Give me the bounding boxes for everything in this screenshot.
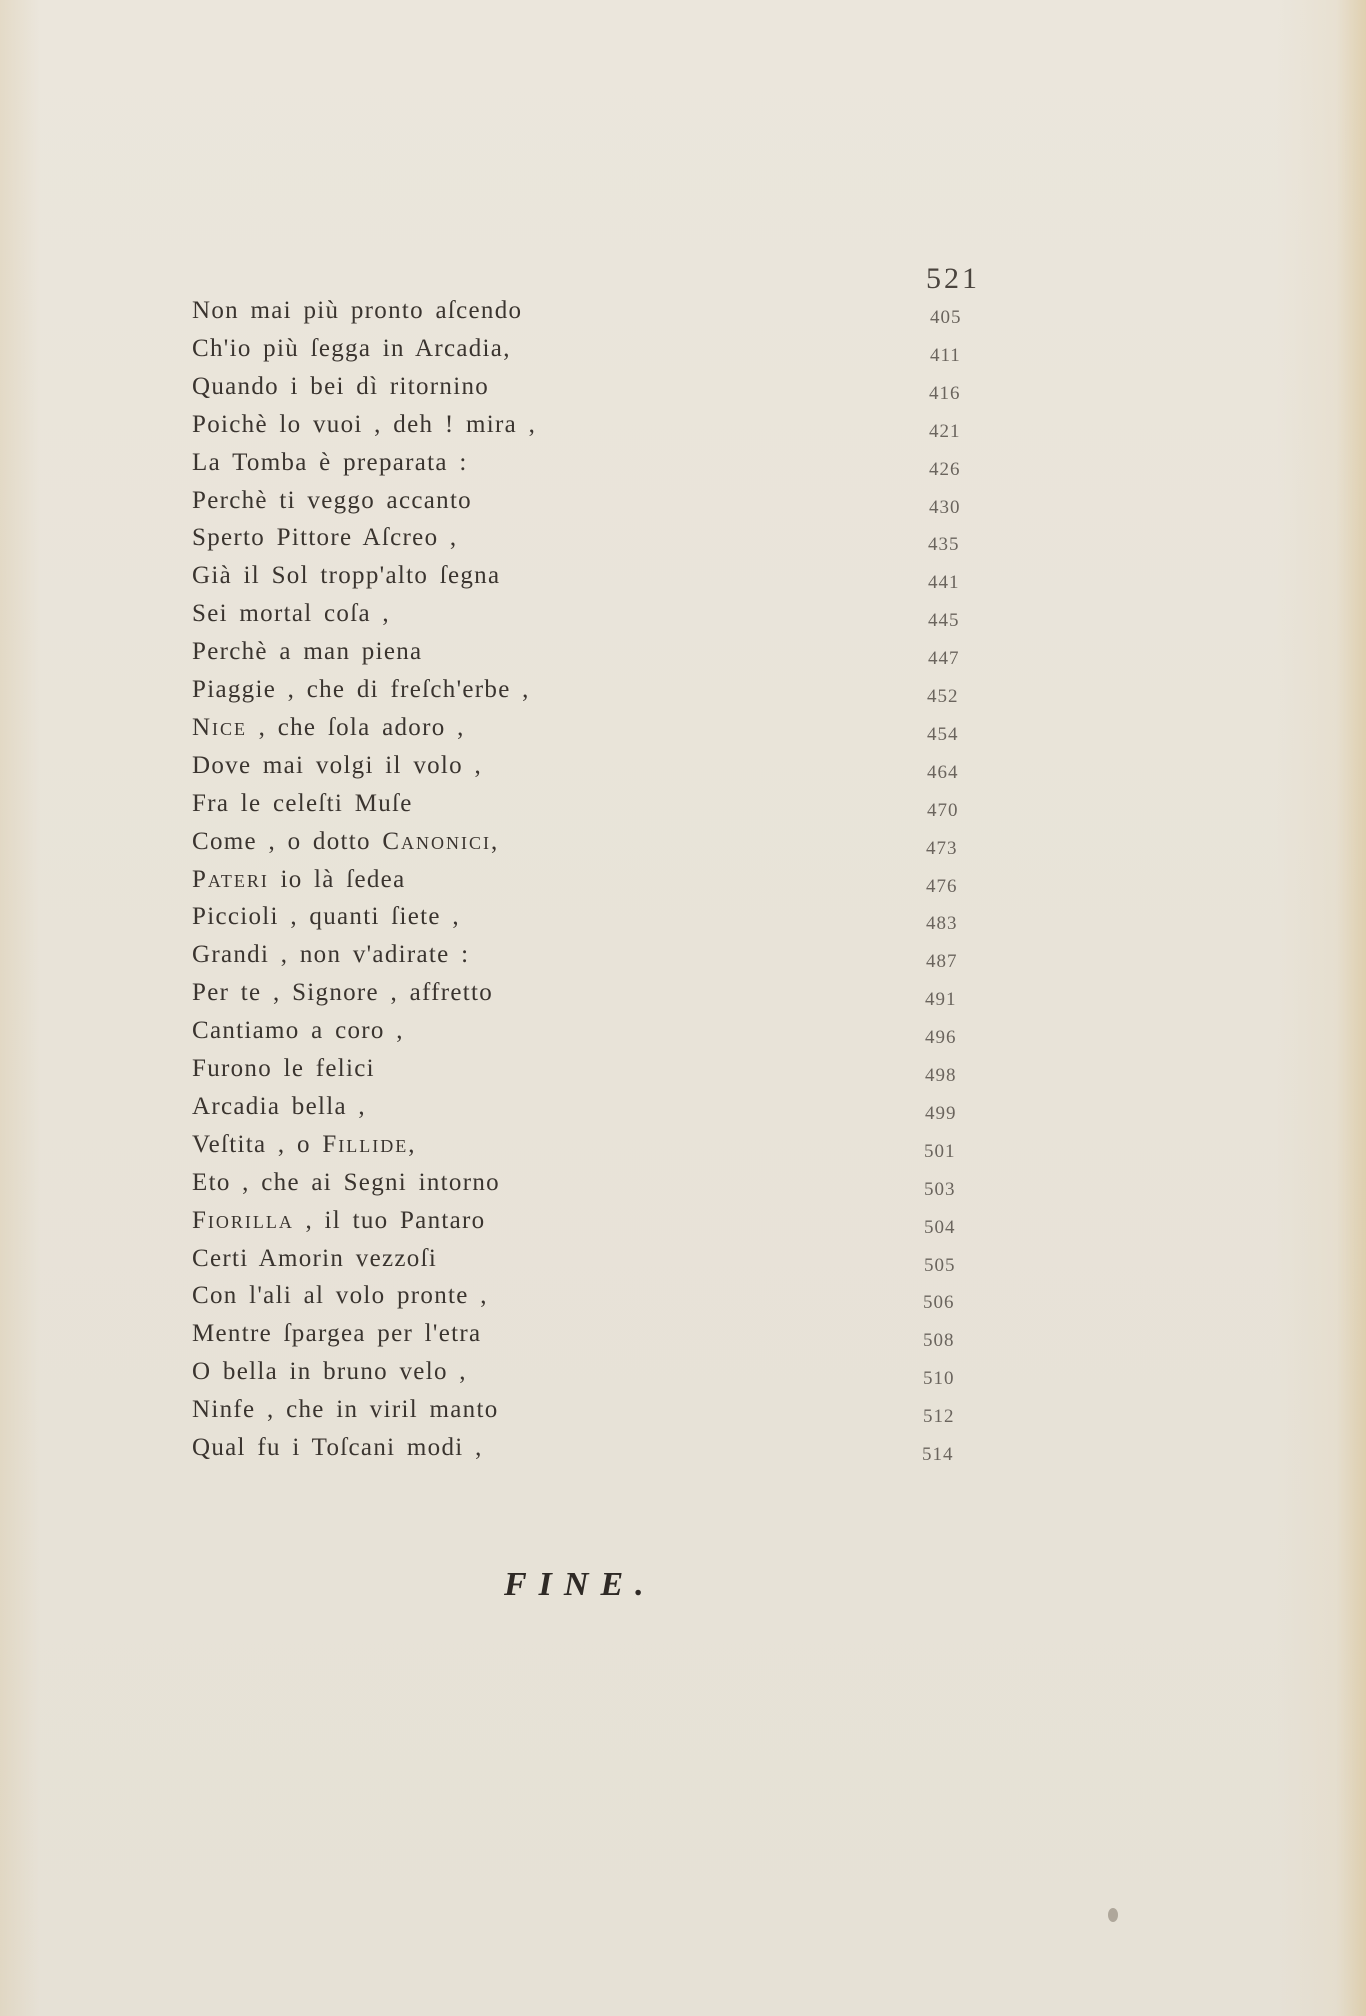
- toc-entry-title: Dove mai volgi il volo ,: [192, 752, 482, 780]
- toc-entry-title: Fra le celeſti Muſe: [192, 790, 413, 818]
- toc-entry-page: 470: [927, 800, 987, 822]
- closing-word: FINE.: [504, 1566, 656, 1604]
- toc-entry-page: 483: [926, 913, 986, 935]
- toc-entry-page: 452: [927, 686, 987, 708]
- toc-entry-title: Per te , Signore , affretto: [192, 979, 493, 1007]
- book-page: 521 Non mai più pronto aſcendo405Ch'io p…: [0, 0, 1366, 2016]
- toc-entry: Quando i bei dì ritornino416: [0, 373, 1366, 411]
- toc-entry-title: Cantiamo a coro ,: [192, 1017, 404, 1045]
- toc-entry: Certi Amorin vezzoſi505: [0, 1245, 1366, 1283]
- toc-entry: O bella in bruno velo ,510: [0, 1358, 1366, 1396]
- toc-entry: Piaggie , che di freſch'erbe ,452: [0, 676, 1366, 714]
- toc-entry-page: 464: [927, 762, 987, 784]
- toc-entry: Arcadia bella ,499: [0, 1093, 1366, 1131]
- toc-entry: Qual fu i Toſcani modi ,514: [0, 1434, 1366, 1472]
- toc-entry: Nice , che ſola adoro ,454: [0, 714, 1366, 752]
- toc-entry-page: 441: [928, 572, 988, 594]
- toc-entry-title: Grandi , non v'adirate :: [192, 941, 469, 969]
- toc-entry: Ninfe , che in viril manto512: [0, 1396, 1366, 1434]
- toc-entry-title: Veſtita , o Fillide,: [192, 1131, 416, 1159]
- toc-entry-page: 503: [924, 1179, 984, 1201]
- toc-entry-page: 512: [923, 1406, 983, 1428]
- toc-entry-page: 496: [925, 1027, 985, 1049]
- toc-entry-page: 506: [923, 1292, 983, 1314]
- toc-entry-page: 454: [927, 724, 987, 746]
- toc-entry: Con l'ali al volo pronte ,506: [0, 1282, 1366, 1320]
- toc-entry: Sei mortal coſa ,445: [0, 600, 1366, 638]
- toc-entry: Ch'io più ſegga in Arcadia,411: [0, 335, 1366, 373]
- toc-entry: Fra le celeſti Muſe470: [0, 790, 1366, 828]
- toc-entry-page: 447: [928, 648, 988, 670]
- toc-entry: Pateri io là ſedea476: [0, 866, 1366, 904]
- toc-entry: Piccioli , quanti ſiete ,483: [0, 903, 1366, 941]
- toc-entry-page: 430: [929, 497, 989, 519]
- toc-entry-page: 416: [929, 383, 989, 405]
- toc-entry-page: 476: [926, 876, 986, 898]
- toc-entry-page: 510: [923, 1368, 983, 1390]
- toc-entry: Per te , Signore , affretto491: [0, 979, 1366, 1017]
- paper-stain: [1108, 1908, 1118, 1922]
- page-number: 521: [926, 262, 980, 296]
- toc-entry-title: Qual fu i Toſcani modi ,: [192, 1434, 483, 1462]
- toc-entry: Eto , che ai Segni intorno503: [0, 1169, 1366, 1207]
- toc-entry: Sperto Pittore Aſcreo ,435: [0, 524, 1366, 562]
- toc-entry-title: Fiorilla , il tuo Pantaro: [192, 1207, 485, 1235]
- toc-entry-title: Quando i bei dì ritornino: [192, 373, 489, 401]
- toc-entry-title: Ch'io più ſegga in Arcadia,: [192, 335, 511, 363]
- toc-entry: Mentre ſpargea per l'etra508: [0, 1320, 1366, 1358]
- toc-entry-title: Perchè ti veggo accanto: [192, 487, 472, 515]
- toc-entry-title: Sperto Pittore Aſcreo ,: [192, 524, 457, 552]
- toc-entry-title: Pateri io là ſedea: [192, 866, 405, 894]
- toc-entry: Non mai più pronto aſcendo405: [0, 297, 1366, 335]
- toc-entry-page: 421: [929, 421, 989, 443]
- toc-entry-title: Già il Sol tropp'alto ſegna: [192, 562, 500, 590]
- toc-entry-page: 487: [926, 951, 986, 973]
- toc-entry-title: Ninfe , che in viril manto: [192, 1396, 499, 1424]
- toc-entry: Poichè lo vuoi , deh ! mira ,421: [0, 411, 1366, 449]
- toc-entry-page: 501: [924, 1141, 984, 1163]
- toc-entry-title: Furono le felici: [192, 1055, 375, 1083]
- toc-entry: Cantiamo a coro ,496: [0, 1017, 1366, 1055]
- toc-entry: Perchè a man piena447: [0, 638, 1366, 676]
- toc-entry-title: Nice , che ſola adoro ,: [192, 714, 465, 742]
- toc-entry-title: La Tomba è preparata :: [192, 449, 468, 477]
- toc-entry-page: 426: [929, 459, 989, 481]
- toc-entry: Grandi , non v'adirate :487: [0, 941, 1366, 979]
- toc-entry-page: 411: [930, 345, 990, 367]
- toc-entry-title: Certi Amorin vezzoſi: [192, 1245, 437, 1273]
- toc-entry-title: Con l'ali al volo pronte ,: [192, 1282, 488, 1310]
- toc-entry-page: 445: [928, 610, 988, 632]
- toc-entry-title: Mentre ſpargea per l'etra: [192, 1320, 481, 1348]
- toc-entry-page: 405: [930, 307, 990, 329]
- toc-entry-title: Piccioli , quanti ſiete ,: [192, 903, 460, 931]
- toc-entry: Come , o dotto Canonici,473: [0, 828, 1366, 866]
- toc-entry-title: Poichè lo vuoi , deh ! mira ,: [192, 411, 536, 439]
- toc-entry-page: 505: [924, 1255, 984, 1277]
- toc-entry-page: 499: [925, 1103, 985, 1125]
- toc-entry: Veſtita , o Fillide,501: [0, 1131, 1366, 1169]
- toc-entry-page: 435: [928, 534, 988, 556]
- toc-entry-title: O bella in bruno velo ,: [192, 1358, 467, 1386]
- toc-entry: La Tomba è preparata :426: [0, 449, 1366, 487]
- toc-entry-title: Arcadia bella ,: [192, 1093, 366, 1121]
- toc-entry-page: 504: [924, 1217, 984, 1239]
- toc-entry-title: Perchè a man piena: [192, 638, 422, 666]
- toc-entry: Furono le felici498: [0, 1055, 1366, 1093]
- toc-entry: Fiorilla , il tuo Pantaro504: [0, 1207, 1366, 1245]
- toc-entry-title: Sei mortal coſa ,: [192, 600, 390, 628]
- toc-entry: Perchè ti veggo accanto430: [0, 487, 1366, 525]
- toc-entry: Dove mai volgi il volo ,464: [0, 752, 1366, 790]
- toc-entry-title: Eto , che ai Segni intorno: [192, 1169, 500, 1197]
- toc-entry-page: 473: [926, 838, 986, 860]
- toc-entry-title: Come , o dotto Canonici,: [192, 828, 499, 856]
- toc-entry-page: 508: [923, 1330, 983, 1352]
- toc-entry-title: Non mai più pronto aſcendo: [192, 297, 522, 325]
- toc-entry: Già il Sol tropp'alto ſegna441: [0, 562, 1366, 600]
- toc-entry-page: 498: [925, 1065, 985, 1087]
- toc-entry-title: Piaggie , che di freſch'erbe ,: [192, 676, 530, 704]
- toc-entry-page: 514: [922, 1444, 982, 1466]
- toc-entry-page: 491: [925, 989, 985, 1011]
